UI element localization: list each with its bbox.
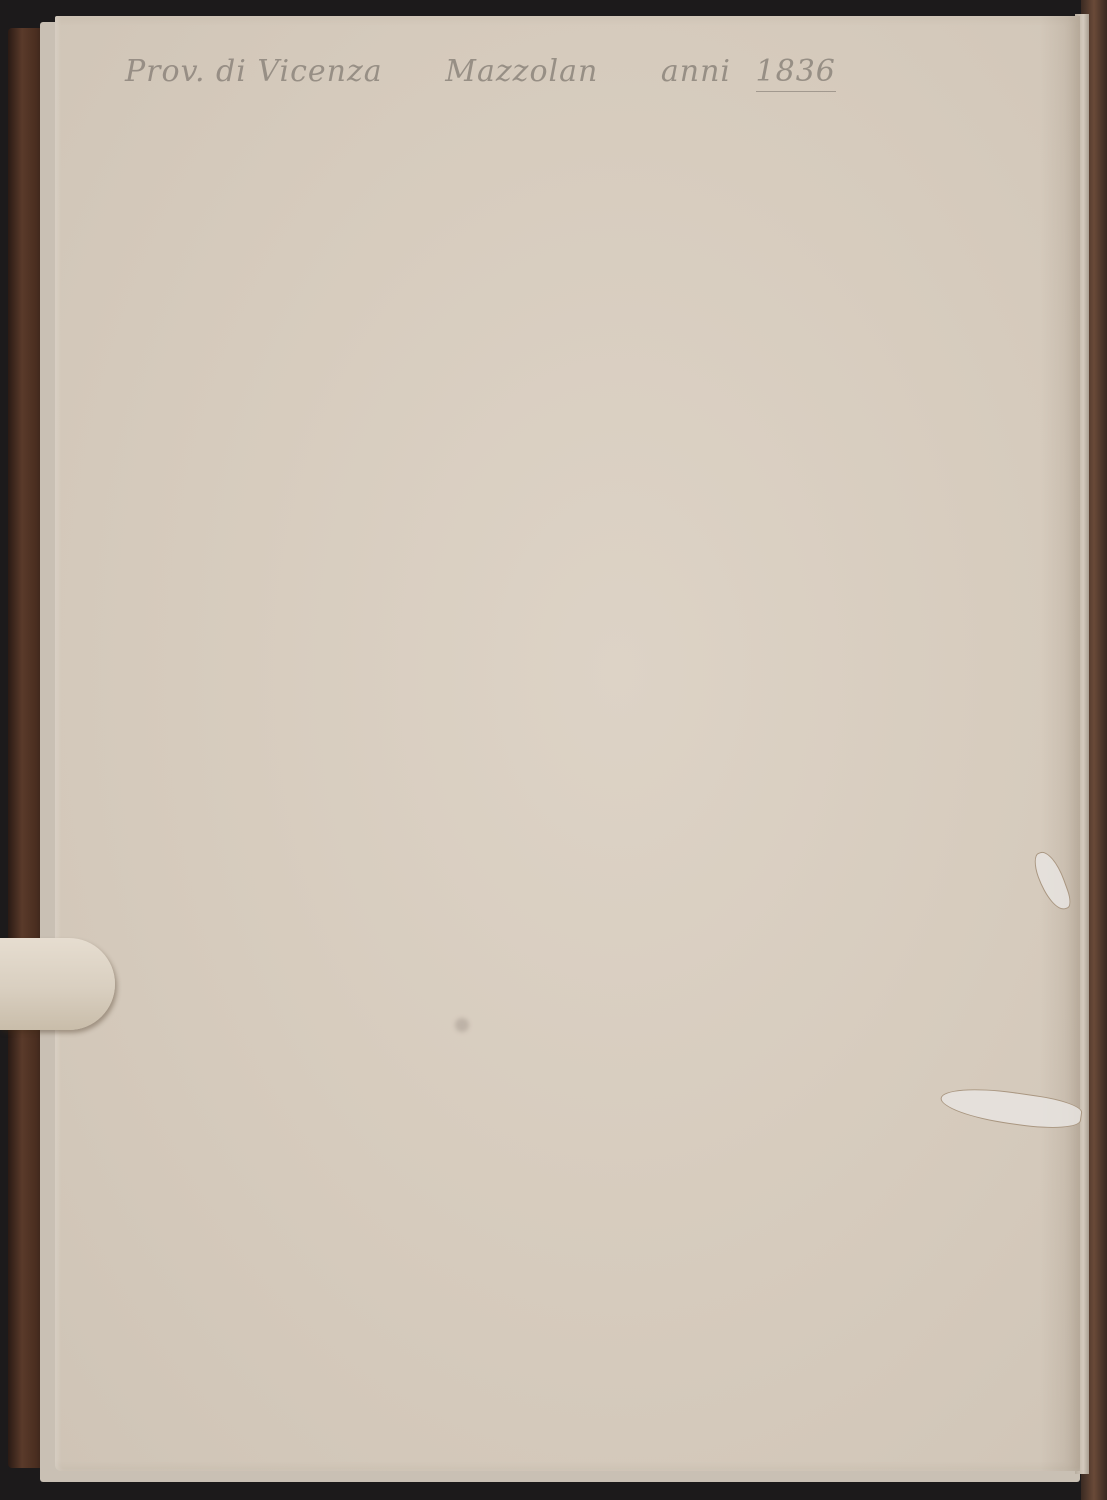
stain-spot [455,1018,469,1032]
show-through-text [155,396,975,442]
bookmark-strip [0,938,115,1030]
pencil-inscription: Prov. di Vicenza Mazzolan anni 1836 [125,54,888,89]
inscription-year: 1836 [756,54,836,92]
inscription-place: Prov. di Vicenza [125,54,383,89]
gutter-shadow [1040,16,1080,1471]
inscription-name: Mazzolan [445,54,598,89]
inscription-label: anni [661,54,731,89]
manuscript-page: Prov. di Vicenza Mazzolan anni 1836 [55,16,1080,1471]
